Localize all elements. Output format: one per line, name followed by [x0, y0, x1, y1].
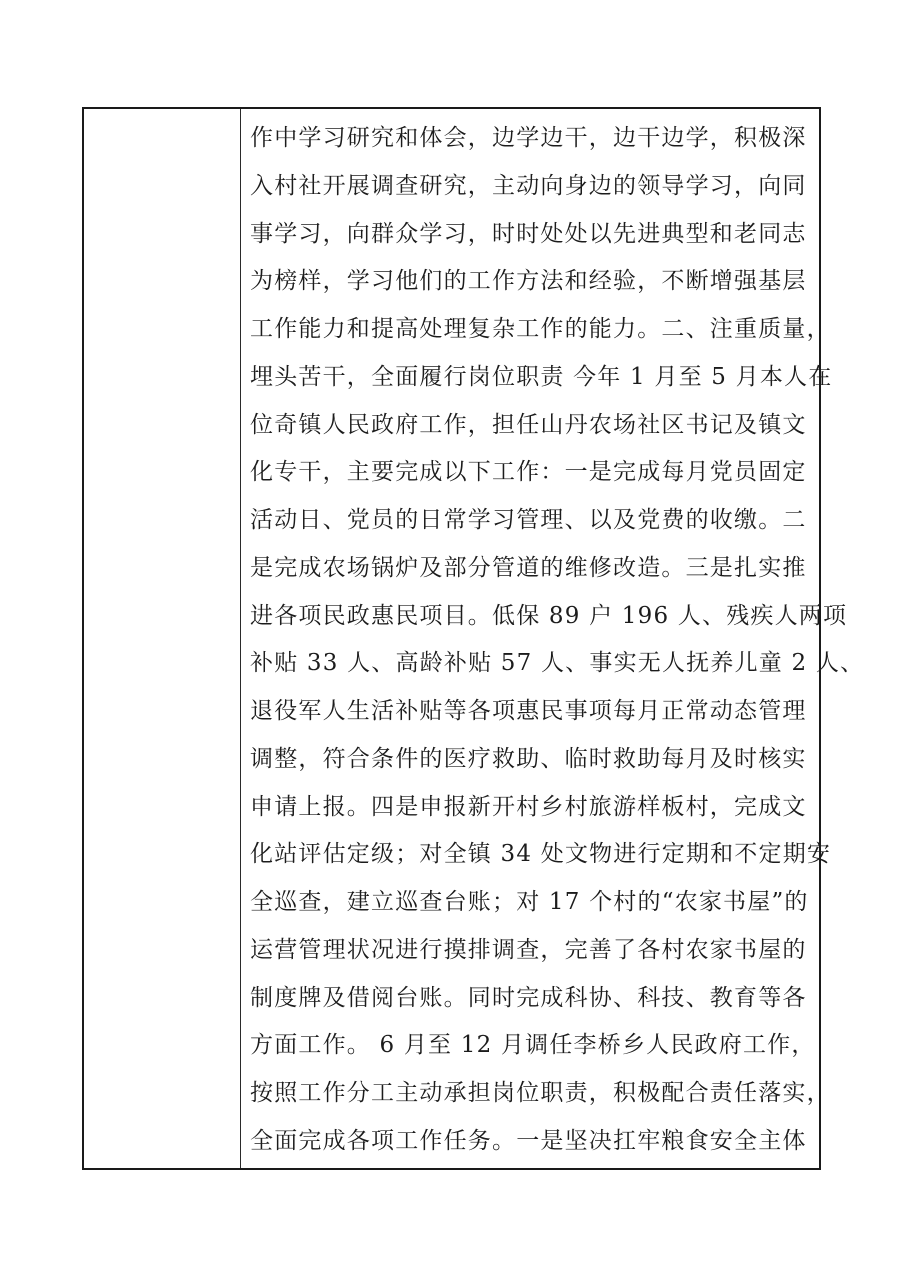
- text-line: 调整，符合条件的医疗救助、临时救助每月及时核实: [250, 736, 819, 784]
- text-line: 是完成农场锅炉及部分管道的维修改造。三是扎实推: [250, 545, 819, 593]
- text-line: 工作能力和提高处理复杂工作的能力。二、注重质量，: [250, 306, 819, 354]
- text-line: 方面工作。 6 月至 12 月调任李桥乡人民政府工作，: [250, 1022, 819, 1070]
- text-line: 化专干，主要完成以下工作：一是完成每月党员固定: [250, 449, 819, 497]
- text-line: 退役军人生活补贴等各项惠民事项每月正常动态管理: [250, 688, 819, 736]
- text-line: 位奇镇人民政府工作，担任山丹农场社区书记及镇文: [250, 402, 819, 450]
- text-line: 补贴 33 人、高龄补贴 57 人、事实无人抚养儿童 2 人、: [250, 640, 819, 688]
- table-content-cell: 作中学习研究和体会，边学边干，边干边学，积极深 入村社开展调查研究，主动向身边的…: [242, 109, 819, 1168]
- text-line: 埋头苦干，全面履行岗位职责 今年 1 月至 5 月本人在: [250, 354, 819, 402]
- text-line: 制度牌及借阅台账。同时完成科协、科技、教育等各: [250, 975, 819, 1023]
- text-line: 入村社开展调查研究，主动向身边的领导学习，向同: [250, 163, 819, 211]
- text-line: 全巡查，建立巡查台账；对 17 个村的“农家书屋”的: [250, 879, 819, 927]
- text-line: 全面完成各项工作任务。一是坚决扛牢粮食安全主体: [250, 1118, 819, 1166]
- text-line: 运营管理状况进行摸排调查，完善了各村农家书屋的: [250, 927, 819, 975]
- text-line: 申请上报。四是申报新开村乡村旅游样板村，完成文: [250, 784, 819, 832]
- text-line: 按照工作分工主动承担岗位职责，积极配合责任落实，: [250, 1070, 819, 1118]
- text-line: 进各项民政惠民项目。低保 89 户 196 人、残疾人两项: [250, 593, 819, 641]
- document-table: 作中学习研究和体会，边学边干，边干边学，积极深 入村社开展调查研究，主动向身边的…: [82, 107, 821, 1170]
- text-line: 活动日、党员的日常学习管理、以及党费的收缴。二: [250, 497, 819, 545]
- text-line: 作中学习研究和体会，边学边干，边干边学，积极深: [250, 115, 819, 163]
- text-line: 化站评估定级；对全镇 34 处文物进行定期和不定期安: [250, 831, 819, 879]
- text-line: 为榜样，学习他们的工作方法和经验，不断增强基层: [250, 258, 819, 306]
- text-line: 事学习，向群众学习，时时处处以先进典型和老同志: [250, 211, 819, 259]
- table-left-cell: [84, 109, 241, 1168]
